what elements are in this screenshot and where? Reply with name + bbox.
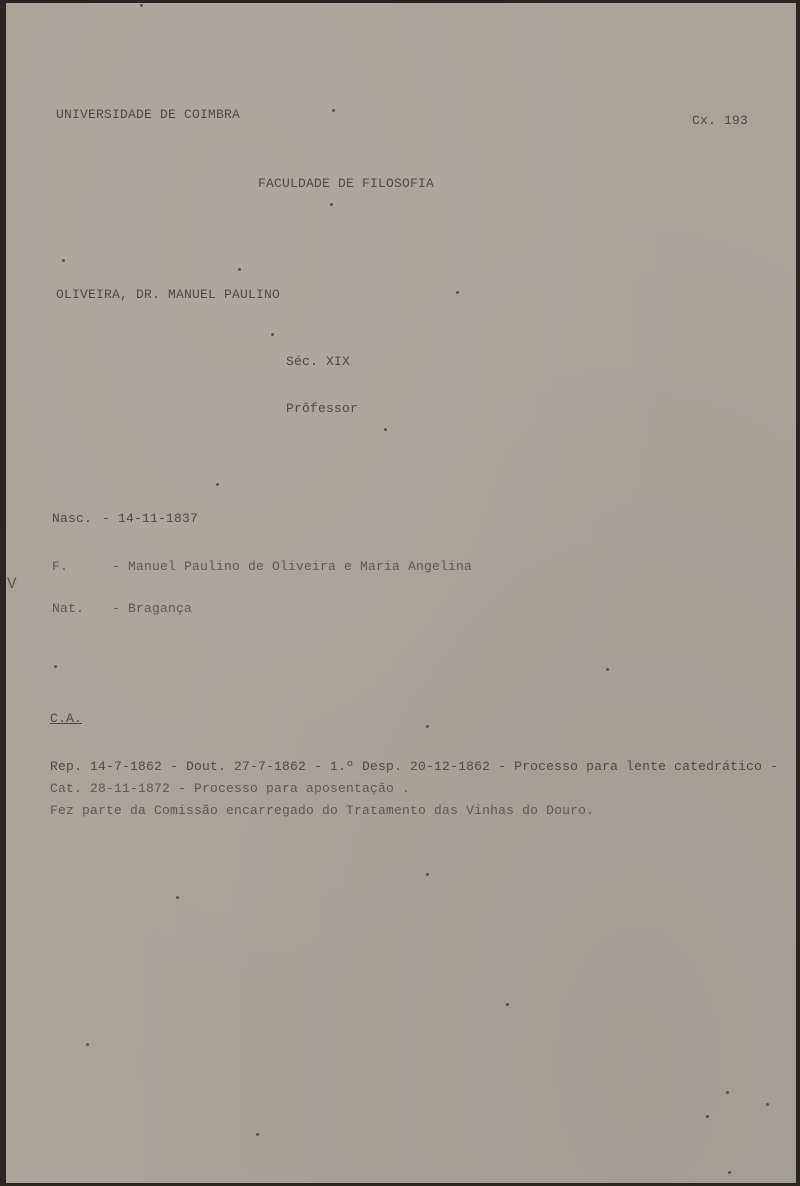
paper-speck xyxy=(330,203,333,206)
paper-speck xyxy=(426,725,429,728)
institution-heading: UNIVERSIDADE DE COIMBRA xyxy=(56,107,240,122)
role: Prôfessor xyxy=(286,401,358,416)
paper-speck xyxy=(238,268,241,271)
paper-speck xyxy=(54,665,57,668)
box-reference: Cx. 193 xyxy=(692,113,748,128)
paper-speck xyxy=(766,1103,769,1106)
paper-speck xyxy=(332,109,335,112)
paper-speck xyxy=(216,483,219,486)
career-line: Fez parte da Comissão encarregado do Tra… xyxy=(50,803,594,818)
paper-speck xyxy=(728,1171,731,1174)
paper-speck xyxy=(86,1043,89,1046)
paper-speck xyxy=(62,259,65,262)
paper-speck xyxy=(506,1003,509,1006)
field-label-birthplace: Nat. xyxy=(52,601,84,616)
century: Séc. XIX xyxy=(286,354,350,369)
faculty-heading: FACULDADE DE FILOSOFIA xyxy=(258,176,434,191)
document-page: UNIVERSIDADE DE COIMBRA Cx. 193 FACULDAD… xyxy=(6,3,796,1183)
field-label-birth: Nasc. xyxy=(52,511,92,526)
person-name: OLIVEIRA, DR. MANUEL PAULINO xyxy=(56,287,280,302)
career-line: Cat. 28-11-1872 - Processo para aposenta… xyxy=(50,781,410,796)
paper-speck xyxy=(384,428,387,431)
paper-speck xyxy=(726,1091,729,1094)
paper-speck xyxy=(606,668,609,671)
field-value-birth: - 14-11-1837 xyxy=(102,511,198,526)
paper-speck xyxy=(256,1133,259,1136)
paper-speck xyxy=(706,1115,709,1118)
field-value-parents: - Manuel Paulino de Oliveira e Maria Ang… xyxy=(112,559,472,574)
paper-speck xyxy=(271,333,274,336)
paper-speck xyxy=(140,4,143,7)
field-label-parents: F. xyxy=(52,559,68,574)
paper-speck xyxy=(456,291,459,294)
field-value-birthplace: - Bragança xyxy=(112,601,192,616)
paper-speck xyxy=(426,873,429,876)
career-heading: C.A. xyxy=(50,711,82,726)
career-line: Rep. 14-7-1862 - Dout. 27-7-1862 - 1.º D… xyxy=(50,759,778,774)
margin-check-mark: V xyxy=(7,575,17,593)
paper-speck xyxy=(176,896,179,899)
